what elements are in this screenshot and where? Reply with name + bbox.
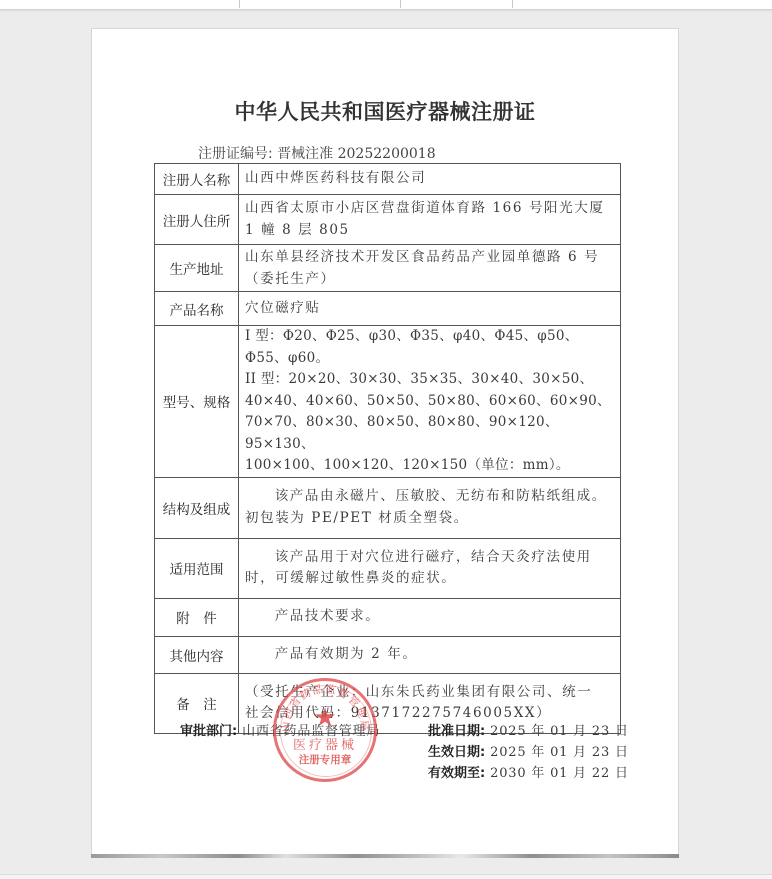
approval-date-label: 批准日期:	[428, 724, 485, 739]
row-value: 该产品由永磁片、压敏胶、无纺布和防粘纸组成。 初包装为 PE/PET 材质全塑袋…	[239, 477, 621, 538]
row-value: 山西省太原市小店区营盘街道体育路 166 号阳光大厦 1 幢 8 层 805	[239, 195, 621, 245]
table-row: 附 件 产品技术要求。	[155, 598, 621, 636]
value-line: （委托生产）	[245, 269, 616, 291]
value-line: Φ55、φ60。	[245, 348, 616, 370]
table-row: 注册人名称 山西中烨医药科技有限公司	[155, 164, 621, 195]
table-row: 适用范围 该产品用于对穴位进行磁疗，结合天灸疗法使用 时，可缓解过敏性鼻炎的症状…	[155, 538, 621, 598]
expiry-date: 有效期至: 2030 年 01 月 22 日	[428, 762, 629, 781]
value-line: 初包装为 PE/PET 材质全塑袋。	[245, 508, 616, 530]
approval-dept-value: 山西省药品监督管理局	[242, 724, 380, 739]
value-line: 山西省太原市小店区营盘街道体育路 166 号阳光大厦	[245, 198, 616, 220]
approval-department: 审批部门: 山西省药品监督管理局	[180, 720, 380, 739]
row-value: 该产品用于对穴位进行磁疗，结合天灸疗法使用 时，可缓解过敏性鼻炎的症状。	[239, 538, 621, 598]
row-key: 注册人住所	[155, 195, 239, 245]
expiry-date-label: 有效期至:	[428, 766, 485, 781]
toolbar-divider	[400, 0, 401, 8]
value-line: II 型：20×20、30×30、35×35、30×40、30×50、	[245, 369, 616, 391]
table-row: 生产地址 山东单县经济技术开发区食品药品产业园单德路 6 号 （委托生产）	[155, 245, 621, 292]
effective-date-value: 2025 年 01 月 23 日	[490, 745, 629, 760]
value-line: 该产品由永磁片、压敏胶、无纺布和防粘纸组成。	[245, 486, 616, 508]
value-line: 产品有效期为 2 年。	[245, 644, 616, 666]
row-value: 山东单县经济技术开发区食品药品产业园单德路 6 号 （委托生产）	[239, 245, 621, 292]
value-line: 该产品用于对穴位进行磁疗，结合天灸疗法使用	[245, 547, 616, 569]
approval-dept-label: 审批部门:	[180, 724, 237, 739]
cert-number-value: 晋械注准 20252200018	[277, 146, 435, 162]
viewer-toolbar	[0, 0, 772, 10]
page-scan-edge	[91, 854, 679, 858]
row-key: 产品名称	[155, 292, 239, 326]
value-line: （受托生产企业：山东朱氏药业集团有限公司、统一	[245, 682, 616, 704]
value-line: 100×100、100×120、120×150（单位：mm）。	[245, 455, 616, 477]
cert-number-label: 注册证编号:	[198, 146, 273, 162]
row-value: 产品技术要求。	[239, 598, 621, 636]
row-key: 结构及组成	[155, 477, 239, 538]
registration-table: 注册人名称 山西中烨医药科技有限公司 注册人住所 山西省太原市小店区营盘街道体育…	[154, 163, 621, 734]
row-value: I 型：Φ20、Φ25、φ30、Φ35、φ40、Φ45、φ50、 Φ55、φ60…	[239, 326, 621, 478]
toolbar-divider	[512, 0, 513, 8]
toolbar-divider	[239, 0, 240, 8]
effective-date: 生效日期: 2025 年 01 月 23 日	[428, 741, 629, 760]
row-value: 山西中烨医药科技有限公司	[239, 164, 621, 195]
value-line: 产品技术要求。	[245, 606, 616, 628]
table-row: 型号、规格 I 型：Φ20、Φ25、φ30、Φ35、φ40、Φ45、φ50、 Φ…	[155, 326, 621, 478]
value-line: 70×70、80×30、80×50、80×80、90×120、95×130、	[245, 412, 616, 455]
approval-date-value: 2025 年 01 月 23 日	[490, 724, 629, 739]
row-key: 生产地址	[155, 245, 239, 292]
table-row: 产品名称 穴位磁疗贴	[155, 292, 621, 326]
effective-date-label: 生效日期:	[428, 745, 485, 760]
row-value: 穴位磁疗贴	[239, 292, 621, 326]
value-line: 1 幢 8 层 805	[245, 220, 616, 242]
row-key: 其他内容	[155, 636, 239, 673]
value-line: 山东单县经济技术开发区食品药品产业园单德路 6 号	[245, 247, 616, 269]
table-row: 注册人住所 山西省太原市小店区营盘街道体育路 166 号阳光大厦 1 幢 8 层…	[155, 195, 621, 245]
cert-number: 注册证编号: 晋械注准 20252200018	[198, 143, 436, 163]
viewer-bottom-bar	[0, 874, 772, 879]
row-value: 产品有效期为 2 年。	[239, 636, 621, 673]
approval-date: 批准日期: 2025 年 01 月 23 日	[428, 720, 629, 739]
expiry-date-value: 2030 年 01 月 22 日	[490, 766, 629, 781]
document-title: 中华人民共和国医疗器械注册证	[91, 96, 679, 126]
value-line: 穴位磁疗贴	[245, 298, 616, 320]
table-row: 结构及组成 该产品由永磁片、压敏胶、无纺布和防粘纸组成。 初包装为 PE/PET…	[155, 477, 621, 538]
value-line: 40×40、40×60、50×50、50×80、60×60、60×90、	[245, 391, 616, 413]
row-key: 适用范围	[155, 538, 239, 598]
value-line: 山西中烨医药科技有限公司	[245, 168, 616, 190]
table-row: 其他内容 产品有效期为 2 年。	[155, 636, 621, 673]
row-key: 型号、规格	[155, 326, 239, 478]
value-line: 时，可缓解过敏性鼻炎的症状。	[245, 568, 616, 590]
row-key: 附 件	[155, 598, 239, 636]
row-key: 注册人名称	[155, 164, 239, 195]
value-line: I 型：Φ20、Φ25、φ30、Φ35、φ40、Φ45、φ50、	[245, 326, 616, 348]
